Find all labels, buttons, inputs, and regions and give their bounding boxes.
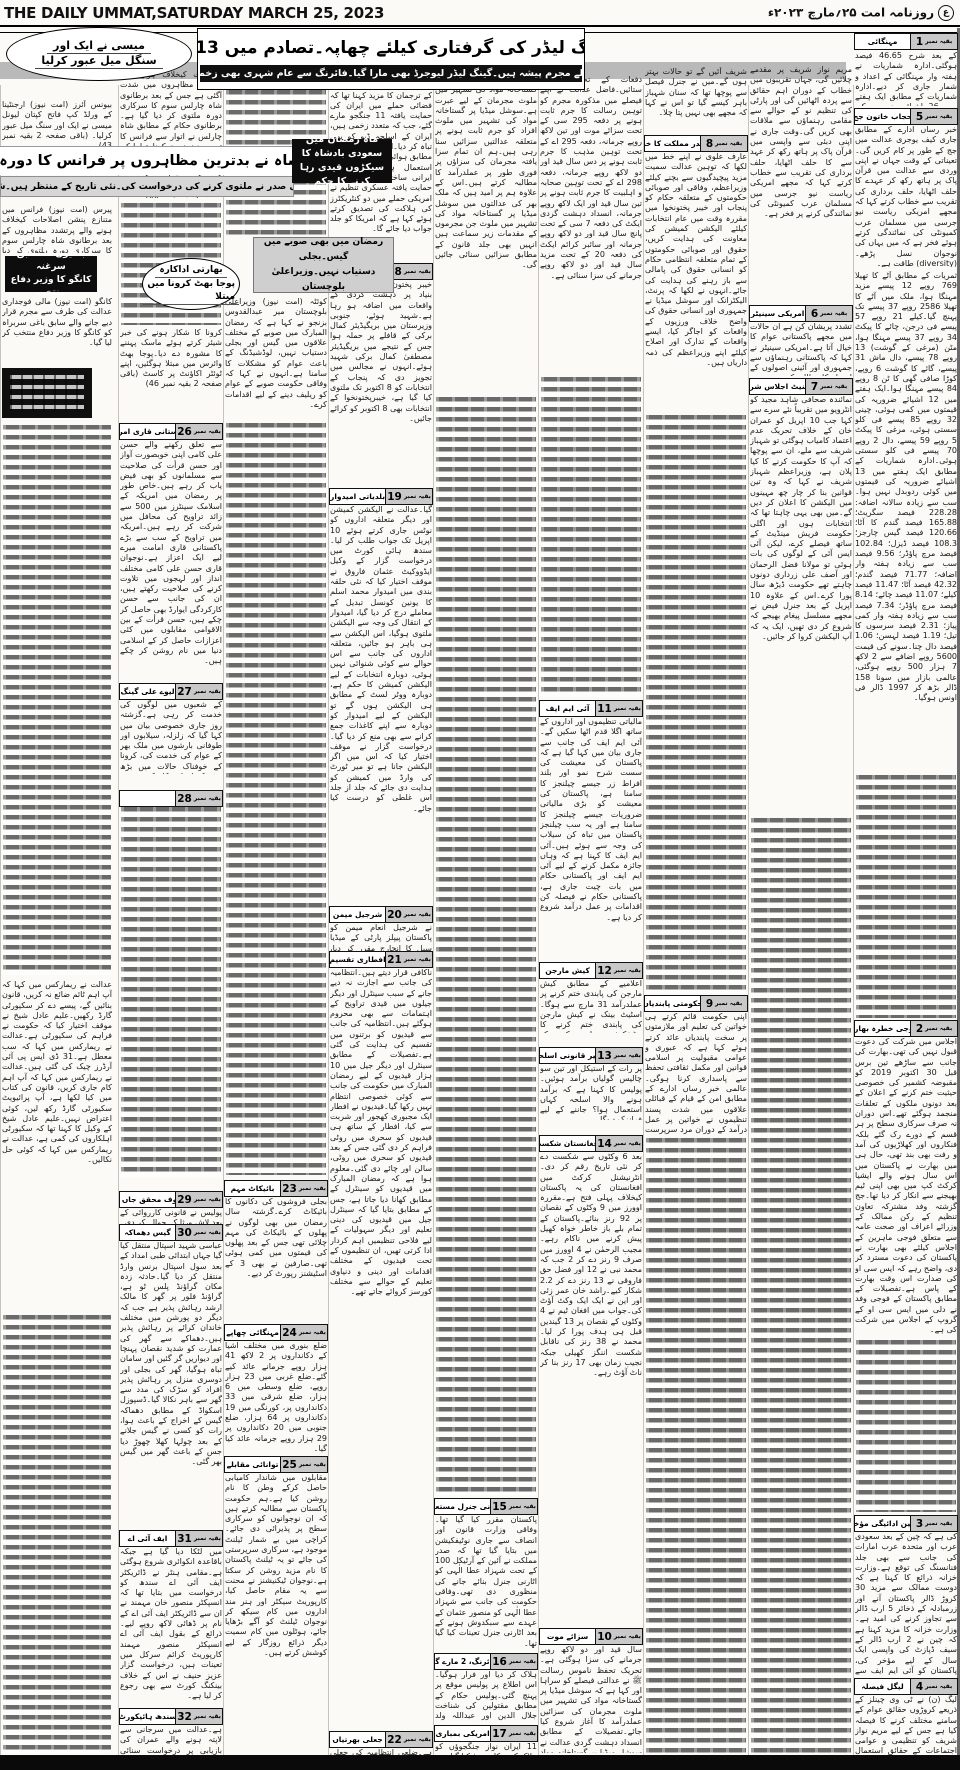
body-text: بجلی فروشوں کی دکانوں کا بائیکاٹ کرے۔گزش… [225, 1197, 327, 1321]
body-text-sim [541, 377, 641, 697]
continuation-box-16: بقیہ نمبر16فائرنگ، 2 مارے گئے [434, 1653, 538, 1670]
continuation-title: سینیٹ اجلاس شروع [750, 379, 805, 394]
balochistan-headline-box: رمضان میں بھی صوبے میں گیس۔بجلی دستیاب ن… [253, 237, 394, 293]
body-text: شریف آئیں گے تو حالات بہتر ہوں گے۔میں نے… [645, 67, 747, 133]
continuation-box-1: بقیہ نمبر1مہنگائی [854, 33, 958, 50]
continuation-box-24: بقیہ نمبر24مہنگائی چھاپے [224, 1324, 328, 1341]
body-text: کے شعبوں میں لوگوں کی خدمت کر رہی ہے۔گزش… [120, 700, 222, 774]
continuation-box-7: بقیہ نمبر7سینیٹ اجلاس شروع [749, 378, 853, 395]
continuation-title: ایف آئی اے [120, 1531, 175, 1546]
body-text: ثمریات کے مطابق آٹے کا تھیلا 769 روپے 12… [855, 271, 957, 771]
continuation-title: افطاری تقسیم [330, 952, 385, 967]
france-subheadline-bar: فرانسیسی صدر نے ملتوی کرنے کی درخواست کی… [0, 176, 294, 197]
continuation-title: شرجیل میمن [330, 907, 385, 922]
continuation-title: افغانستان شکست [540, 1136, 595, 1151]
lead-headline-box: برازیلی گینگ لیڈر کی گرفتاری کیلئے چھاپہ… [197, 28, 585, 90]
continuation-box-5: بقیہ نمبر5حجاب خاتون جج [854, 108, 958, 125]
continuation-title: لیگل فیصلہ [855, 1679, 910, 1694]
column-1: مریم نواز شریف پر مقدمے چلائیں گی، جہاں … [748, 85, 853, 1756]
continuation-box-32: بقیہ نمبر32سندھ ہائیکورٹ [119, 1708, 223, 1725]
continuation-title: چین ادائیگی مؤخر [855, 1516, 910, 1531]
body-text: میں لٹکا دیا گیا ہے جبکہ باقاعدہ انکوائر… [120, 1547, 222, 1705]
body-text: کوئٹہ (امت نیوز) وزیراعلیٰ بلوچستان میر … [225, 297, 327, 419]
congo-headline-box: باغیوں کا سابق سرغنہ کانگو کا وزیر دفاع … [5, 256, 97, 292]
continuation-box-6: بقیہ نمبر6امریکی سینیٹر [749, 305, 853, 322]
column-3: دفعات کے تحت سزائیں ستائیں۔فاضل عدالت نے… [538, 85, 643, 1756]
body-text: پاکستان مقرر کیا گیا تھا۔وفاقی وزارت قان… [435, 1515, 537, 1648]
column-7: اصلاحات کیخلاف ہونے والے پرتشدد مظاہروں … [118, 85, 223, 1756]
column-8: بیونس آئرز (امت نیوز) ارجنٹینا کے ورلڈ ک… [0, 85, 113, 1756]
body-text-sim [856, 775, 956, 1018]
body-text: بعد 6 وکٹوں سے شکست دے کر نئی تاریخ رقم … [540, 1152, 642, 1547]
continuation-title: حکومتی پابندیاں [645, 996, 700, 1011]
body-text: اعلامیے کے مطابق کیش مارجن کی پابندی ختم… [540, 979, 642, 1033]
continuation-title [120, 791, 175, 806]
newspaper-page: THE DAILY UMMAT,SATURDAY MARCH 25, 2023 … [0, 0, 960, 1770]
continuation-box-31: بقیہ نمبر31ایف آئی اے [119, 1530, 223, 1547]
body-text: مالیاتی تنظیموں اور اداروں کے ساتھ اگلا … [540, 717, 642, 957]
continuation-box-19: بقیہ نمبر19بلدیاتی امیدوار [329, 488, 433, 505]
messi-oval-headline: میسی نے ایک اور سنگل میل عبور کرلیا [6, 27, 192, 81]
pooja-oval-headline: بھارتی اداکارہ پوجا بھٹ کرونا میں مبتلا [142, 258, 240, 310]
masthead-date-urdu: عروزنامہ امت ۲۵؍مارچ ۲۰۲۳ء [768, 5, 954, 21]
pooja-headline-line1: بھارتی اداکارہ [155, 264, 226, 278]
body-text: عارف علوی نے اپنے خط میں لکھا کہ توہین ع… [645, 152, 747, 414]
body-text: سال قید اور دو لاکھ روپے جرمانے کی سزا ہ… [540, 1645, 642, 1753]
columns: بقیہ نمبر1مہنگائیکے بعد شرح 46.65 فیصد ہ… [0, 85, 960, 1756]
continuation-title: پاکستانی قاری امریکہ [120, 424, 175, 439]
body-text: خیبر پختون میں روزانہ کی بنیاد پر دہشت گ… [330, 280, 432, 486]
continuation-title: مہنگائی چھاپے [225, 1325, 280, 1340]
continuation-title: بائیکاٹ مہم [225, 1181, 280, 1196]
body-text: عدالت نے ریمارکس میں کہا کہ آپ اہم ٹائم … [2, 980, 112, 1310]
unreadable-headline-lines [10, 375, 84, 411]
continuation-box-2: بقیہ نمبر2فوجی خطرہ بھارت [854, 1020, 958, 1037]
body-text-sim [226, 423, 326, 1175]
body-text: خبر رساں ادارے کے مطابق جاری کیف یوجری ع… [855, 125, 957, 267]
continuation-title: حجاب خاتون جج [855, 109, 910, 124]
continuation-box-25: بقیہ نمبر25توانائی مقابلے [224, 1456, 328, 1473]
continuation-box-26: بقیہ نمبر26پاکستانی قاری امریکہ [119, 423, 223, 440]
body-text: کی ہے کہ چین کے بعد سعودی عرب اور متحدہ … [855, 1532, 957, 1675]
continuation-title: امریکی بمباری [435, 1726, 490, 1741]
continuation-title: کیش مارجن [540, 963, 595, 978]
page-bottom-bar [0, 1755, 960, 1770]
continuation-title: اٹارنی جنرل مستعفی [435, 1499, 490, 1514]
column-4: کی تشہیر اور سوشل میڈیا پر گستاخانہ مواد… [433, 85, 538, 1756]
continuation-title: لیوے علی گینگ [120, 684, 175, 699]
continuation-box-12: بقیہ نمبر12کیش مارجن [539, 962, 643, 979]
continuation-title: توانائی مقابلے [225, 1457, 280, 1472]
body-text: 11 ایران نواز جنگجوؤں کو ہلاک کرنے کا دع… [435, 1742, 537, 1756]
continuation-box-14: بقیہ نمبر14افغانستان شکست [539, 1135, 643, 1152]
continuation-box-21: بقیہ نمبر21افطاری تقسیم [329, 951, 433, 968]
messi-headline-line1: میسی نے ایک اور [47, 39, 151, 54]
body-text: بیونس آئرز (امت نیوز) ارجنٹینا کے ورلڈ ک… [2, 100, 112, 148]
continuation-title: امریکی سینیٹر [750, 306, 805, 321]
column-2: شریف آئیں گے تو حالات بہتر ہوں گے۔میں نے… [643, 85, 748, 1756]
continuation-box-3: بقیہ نمبر3چین ادائیگی مؤخر [854, 1515, 958, 1532]
body-text-sim [856, 1340, 956, 1512]
continuation-box-10: بقیہ نمبر10سزائے موت [539, 1628, 643, 1645]
continuation-box-30: بقیہ نمبر30گیس دھماکہ [119, 1224, 223, 1241]
masthead-title-english: THE DAILY UMMAT,SATURDAY MARCH 25, 2023 [4, 4, 384, 22]
continuation-box-22: بقیہ نمبر22جعلی بھرتیاں [329, 1731, 433, 1748]
lead-headline: برازیلی گینگ لیڈر کی گرفتاری کیلئے چھاپہ… [198, 29, 584, 65]
masthead-date-text: روزنامہ امت ۲۵؍مارچ ۲۰۲۳ء [768, 6, 934, 20]
body-text: اجلاس میں شرکت کی دعوت قبول نہیں کی تھی۔… [855, 1037, 957, 1337]
saudi-headline-line2: سیکڑوں قیدی رہا کرنے کا حکم [292, 161, 392, 189]
continuation-box-4: بقیہ نمبر4لیگل فیصلہ [854, 1678, 958, 1695]
continuation-title: غیر قانونی اسلحہ [540, 1048, 595, 1063]
masthead: THE DAILY UMMAT,SATURDAY MARCH 25, 2023 … [0, 0, 960, 26]
body-text: مریم نواز شریف پر مقدمے چلائیں گی، جہاں … [750, 65, 852, 303]
body-text-sim [436, 397, 536, 1495]
france-headline: برطانوی بادشاہ نے بدترین مظاہروں پر فران… [0, 146, 292, 175]
continuation-title: سزائے موت [540, 1629, 595, 1644]
continuation-title: معروف محقق جاں بحق [120, 1192, 175, 1207]
body-text-sim [121, 807, 221, 1177]
body-text-sim [646, 415, 746, 993]
body-text: ہلاک کر دیا اور فرار ہوگیا۔اس اطلاع پر پ… [435, 1670, 537, 1722]
edition-mark-icon: ع [938, 5, 954, 21]
continuation-title: جعلی بھرتیاں [330, 1732, 385, 1747]
saudi-headline-box: ماہ رمضان میں سعودی بادشاہ کا سیکڑوں قید… [292, 139, 392, 183]
body-text: ہے۔عدالت میں سرجانی سے لاپتہ ہونے والے ع… [120, 1725, 222, 1755]
saudi-headline-line1: ماہ رمضان میں سعودی بادشاہ کا [292, 133, 392, 161]
continuation-title: سندھ ہائیکورٹ [120, 1709, 175, 1724]
continuation-title: مہنگائی [855, 34, 910, 49]
body-text: کرونا کا شکار ہونے کی خبر شیئر کرتے ہوئے… [120, 328, 222, 404]
body-text: پر رات کے استیکل اور تین سو چالیس گولیاں… [540, 1064, 642, 1120]
body-text: پیرس (امت نیوز) فرانس میں متنازع پنشن اص… [2, 205, 112, 253]
body-text-sim [751, 818, 851, 1753]
continuation-title: صدر مملکت کا خط [645, 136, 700, 151]
body-text: مقابلوں میں شاندار کامیابی حاصل کرکے وطن… [225, 1473, 327, 1753]
balochistan-headline-line2: دستیاب نہیں۔وزیراعلیٰ بلوچستان [254, 265, 393, 295]
body-text: عباسی شہید اسپتال منتقل کیا گیا جہاں ابت… [120, 1241, 222, 1525]
body-text: نے شرجیل انعام میمن کو پاکستان پیپلز پار… [330, 923, 432, 951]
continuation-title: گیس دھماکہ [120, 1225, 175, 1240]
black-headline-box [2, 368, 92, 418]
continuation-box-13: بقیہ نمبر13غیر قانونی اسلحہ [539, 1047, 643, 1064]
continuation-box-15: بقیہ نمبر15اٹارنی جنرل مستعفی [434, 1498, 538, 1515]
congo-headline-line2: کانگو کا وزیر دفاع منتخب [5, 274, 97, 300]
body-text: لیگ (ن) نے ٹی وی چینلز کے ذریعے کروڑوں ح… [855, 1695, 957, 1755]
continuation-box-17: بقیہ نمبر17امریکی بمباری [434, 1725, 538, 1742]
balochistan-headline-line1: رمضان میں بھی صوبے میں گیس۔بجلی [254, 235, 393, 265]
congo-headline-line1: باغیوں کا سابق سرغنہ [5, 248, 97, 274]
body-text: اپنی حکومت قائم کرتے ہی خواتین کی تعلیم … [645, 1012, 747, 1136]
continuation-box-9: بقیہ نمبر9حکومتی پابندیاں [644, 995, 748, 1012]
body-text: پولیس نے قانونی کارروائی کے بعد لاش ورثا… [120, 1208, 222, 1224]
continuation-title: بلدیاتی امیدوار [330, 489, 385, 504]
continuation-box-8: بقیہ نمبر8صدر مملکت کا خط [644, 135, 748, 152]
continuation-title: آئی ایم ایف [540, 701, 595, 716]
continuation-box-27: بقیہ نمبر27لیوے علی گینگ [119, 683, 223, 700]
continuation-title: فائرنگ، 2 مارے گئے [435, 1654, 490, 1669]
body-text: گیا۔عدالت نے الیکشن کمیشن اور دیگر متعلق… [330, 505, 432, 893]
body-text-sim [3, 425, 111, 975]
continuation-box-28: بقیہ نمبر28 [119, 790, 223, 807]
body-text-sim [3, 1315, 111, 1753]
body-text: نمائندہ صحافی شاہد مجید کو انٹرویو میں ت… [750, 395, 852, 815]
column-5: عسکریت پسندوں کے ٹھکانوں کو نشانہ بنایا … [328, 85, 433, 1756]
pooja-headline-line2: پوجا بھٹ کرونا میں مبتلا [143, 278, 239, 305]
body-text: سے تعلق رکھنے والے حسن علی کامی اپنی خوب… [120, 440, 222, 668]
continuation-box-20: بقیہ نمبر20شرجیل میمن [329, 906, 433, 923]
column-0: بقیہ نمبر1مہنگائیکے بعد شرح 46.65 فیصد ہ… [853, 85, 958, 1756]
body-text: ہے۔ضلعی انتظامیہ کی جعلی کے باعث بن بلن … [330, 1748, 432, 1756]
body-text: کانگو (امت نیوز) مالی فوجداری عدالت کی ط… [2, 297, 112, 367]
lead-subheadline-bar: مرنے والے مجرم پیشہ ہیں۔گینگ لیڈر لیوجرڈ… [200, 65, 582, 82]
body-text-sim [646, 1138, 746, 1753]
body-text: کی تشہیر اور سوشل میڈیا پر گستاخانہ مواد… [435, 75, 537, 395]
continuation-box-23: بقیہ نمبر23بائیکاٹ مہم [224, 1180, 328, 1197]
body-text: ضلع بنوری میں مختلف اشیا کے دکانداروں پر… [225, 1341, 327, 1453]
body-text: دفعات کے تحت سزائیں ستائیں۔فاضل عدالت نے… [540, 75, 642, 375]
body-text: ناکافی قرار دیتے ہیں۔انتظامیہ کی جانب سے… [330, 968, 432, 1716]
column-6: کوئٹہ (امت نیوز) وزیراعلیٰ بلوچستان میر … [223, 85, 328, 1756]
messi-headline-line2: سنگل میل عبور کرلیا [35, 54, 162, 69]
continuation-title: فوجی خطرہ بھارت [855, 1021, 910, 1036]
body-text: تشدد پریشان کن ہے ان حالات میں مجھے پاکس… [750, 322, 852, 376]
body-text: کے بعد شرح 46.65 فیصد ہوگئی۔ادارہ شماریا… [855, 51, 957, 106]
continuation-box-29: بقیہ نمبر29معروف محقق جاں بحق [119, 1191, 223, 1208]
continuation-box-11: بقیہ نمبر11آئی ایم ایف [539, 700, 643, 717]
